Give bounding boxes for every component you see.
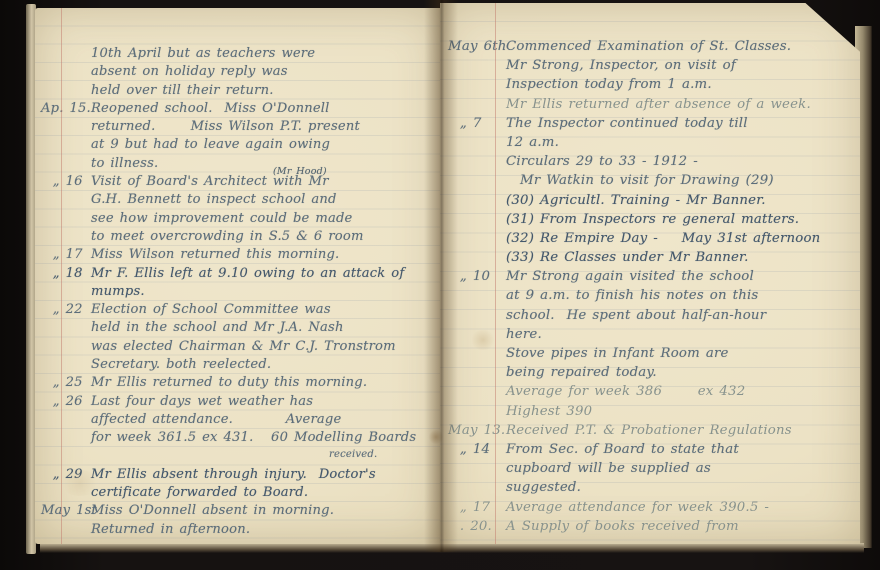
log-line: (30) Agricultl. Training - Mr Banner. — [448, 193, 854, 212]
log-line: being repaired today. — [448, 365, 854, 384]
entry-text: certificate forwarded to Board. — [91, 485, 308, 500]
log-line: affected attendance. Average — [41, 412, 432, 430]
log-line: G.H. Bennett to inspect school and — [41, 192, 432, 210]
entry-text: returned. Miss Wilson P.T. present — [91, 119, 360, 134]
log-line: returned. Miss Wilson P.T. present — [41, 119, 432, 137]
entry-date: May 6th — [448, 39, 506, 54]
entry-text: Mr Ellis returned after absence of a wee… — [506, 97, 811, 112]
log-line: (32) Re Empire Day - May 31st afternoon — [448, 231, 854, 250]
log-line: Returned in afternoon. — [41, 522, 432, 540]
logbook-left-page: 10th April but as teachers wereabsent on… — [35, 8, 440, 544]
entry-text: Stove pipes in Infant Room are — [506, 346, 729, 361]
log-line: „ 10Mr Strong again visited the school — [448, 269, 854, 288]
log-line: May 13.Received P.T. & Probationer Regul… — [448, 423, 854, 442]
entry-text: Miss Wilson returned this morning. — [91, 247, 339, 262]
log-line: „ 22Election of School Committee was — [41, 302, 432, 320]
log-line: „ 16Visit of Board's Architect with Mr(M… — [41, 174, 432, 192]
entry-text: Mr Ellis absent through injury. Doctor's — [91, 467, 376, 482]
entry-text: mumps. — [91, 284, 145, 299]
log-line: (33) Re Classes under Mr Banner. — [448, 250, 854, 269]
log-line: Secretary. both reelected. — [41, 357, 432, 375]
log-line: certificate forwarded to Board. — [41, 485, 432, 503]
margin-rule-left — [61, 8, 62, 544]
entry-text: being repaired today. — [506, 365, 657, 380]
entry-date: „ 29 — [41, 467, 91, 482]
entry-text: was elected Chairman & Mr C.J. Tronstrom — [91, 339, 396, 354]
log-line: see how improvement could be made — [41, 211, 432, 229]
log-line: 10th April but as teachers were — [41, 46, 432, 64]
entry-date: „ 26 — [41, 394, 91, 409]
log-line: May 1stMiss O'Donnell absent in morning. — [41, 503, 432, 521]
entry-text: at 9 but had to leave again owing — [91, 137, 330, 152]
entry-text: absent on holiday reply was — [91, 64, 288, 79]
entry-text: Miss O'Donnell absent in morning. — [91, 503, 334, 518]
photograph-background: 10th April but as teachers wereabsent on… — [0, 0, 880, 570]
logbook-right-page: May 6thCommenced Examination of St. Clas… — [440, 3, 860, 544]
log-line: Average for week 386 ex 432 — [448, 384, 854, 403]
entry-text: received. — [91, 449, 377, 460]
log-line: Inspection today from 1 a.m. — [448, 77, 854, 96]
entry-text: to illness. — [91, 156, 158, 171]
log-line: „ 26Last four days wet weather has — [41, 394, 432, 412]
log-line: Highest 390 — [448, 404, 854, 423]
entry-text: Mr F. Ellis left at 9.10 owing to an att… — [91, 266, 404, 281]
log-line: to illness. — [41, 156, 432, 174]
log-line: suggested. — [448, 480, 854, 499]
entry-date: „ 22 — [41, 302, 91, 317]
log-line: „ 18Mr F. Ellis left at 9.10 owing to an… — [41, 266, 432, 284]
entry-text: Average for week 386 ex 432 — [506, 384, 745, 399]
entry-date: „ 7 — [448, 116, 506, 131]
log-line: held over till their return. — [41, 83, 432, 101]
entry-text: Reopened school. Miss O'Donnell — [91, 101, 330, 116]
log-line: to meet overcrowding in S.5 & 6 room — [41, 229, 432, 247]
interline-note: (Mr Hood) — [273, 166, 327, 177]
log-line: 12 a.m. — [448, 135, 854, 154]
entry-text: for week 361.5 ex 431. 60 Modelling Boar… — [91, 430, 416, 445]
log-line: „ 7The Inspector continued today till — [448, 116, 854, 135]
book-fore-edge-bottom — [40, 543, 864, 553]
log-line: (31) From Inspectors re general matters. — [448, 212, 854, 231]
entry-date: May 13. — [448, 423, 506, 438]
entry-date: Ap. 15. — [41, 101, 91, 116]
entry-text: to meet overcrowding in S.5 & 6 room — [91, 229, 364, 244]
right-page-entries: May 6thCommenced Examination of St. Clas… — [440, 3, 860, 544]
log-line: Ap. 15.Reopened school. Miss O'Donnell — [41, 101, 432, 119]
log-line: absent on holiday reply was — [41, 64, 432, 82]
entry-text: Mr Strong, Inspector, on visit of — [506, 58, 736, 73]
log-line: Stove pipes in Infant Room are — [448, 346, 854, 365]
entry-text: here. — [506, 327, 542, 342]
entry-text: (32) Re Empire Day - May 31st afternoon — [506, 231, 820, 246]
log-line: cupboard will be supplied as — [448, 461, 854, 480]
entry-text: 10th April but as teachers were — [91, 46, 315, 61]
entry-text: Highest 390 — [506, 404, 592, 419]
entry-text: at 9 a.m. to finish his notes on this — [506, 288, 758, 303]
entry-text: see how improvement could be made — [91, 211, 353, 226]
log-line: at 9 a.m. to finish his notes on this — [448, 288, 854, 307]
entry-text: Mr Watkin to visit for Drawing (29) — [506, 173, 774, 188]
entry-text: Inspection today from 1 a.m. — [506, 77, 712, 92]
entry-text: affected attendance. Average — [91, 412, 341, 427]
entry-date: „ 18 — [41, 266, 91, 281]
entry-date: „ 17 — [41, 247, 91, 262]
log-line: here. — [448, 327, 854, 346]
entry-text: (31) From Inspectors re general matters. — [506, 212, 799, 227]
log-line: May 6thCommenced Examination of St. Clas… — [448, 39, 854, 58]
log-line: for week 361.5 ex 431. 60 Modelling Boar… — [41, 430, 432, 448]
log-line: mumps. — [41, 284, 432, 302]
entry-text: Secretary. both reelected. — [91, 357, 271, 372]
entry-date: . 20. — [448, 519, 506, 534]
entry-date: „ 14 — [448, 442, 506, 457]
entry-date: „ 10 — [448, 269, 506, 284]
log-line: „ 17Average attendance for week 390.5 - — [448, 500, 854, 519]
entry-text: A Supply of books received from — [506, 519, 739, 534]
log-line: Circulars 29 to 33 - 1912 - — [448, 154, 854, 173]
log-line: school. He spent about half-an-hour — [448, 308, 854, 327]
entry-text: 12 a.m. — [506, 135, 559, 150]
log-line: was elected Chairman & Mr C.J. Tronstrom — [41, 339, 432, 357]
entry-text: The Inspector continued today till — [506, 116, 748, 131]
entry-text: Election of School Committee was — [91, 302, 331, 317]
log-line: „ 25Mr Ellis returned to duty this morni… — [41, 375, 432, 393]
entry-text: Returned in afternoon. — [91, 522, 250, 537]
log-line: Mr Strong, Inspector, on visit of — [448, 58, 854, 77]
log-line: Mr Watkin to visit for Drawing (29) — [448, 173, 854, 192]
entry-text: Mr Ellis returned to duty this morning. — [91, 375, 367, 390]
entry-text: Mr Strong again visited the school — [506, 269, 754, 284]
entry-text: From Sec. of Board to state that — [506, 442, 739, 457]
entry-text: (33) Re Classes under Mr Banner. — [506, 250, 749, 265]
log-line: held in the school and Mr J.A. Nash — [41, 320, 432, 338]
entry-text: (30) Agricultl. Training - Mr Banner. — [506, 193, 766, 208]
log-line: „ 17Miss Wilson returned this morning. — [41, 247, 432, 265]
entry-date: „ 25 — [41, 375, 91, 390]
left-page-entries: 10th April but as teachers wereabsent on… — [35, 8, 440, 544]
entry-text: Commenced Examination of St. Classes. — [506, 39, 791, 54]
entry-text: held in the school and Mr J.A. Nash — [91, 320, 344, 335]
entry-text: G.H. Bennett to inspect school and — [91, 192, 337, 207]
margin-rule-right — [495, 3, 496, 544]
entry-text: Circulars 29 to 33 - 1912 - — [506, 154, 698, 169]
log-line: at 9 but had to leave again owing — [41, 137, 432, 155]
entry-text: held over till their return. — [91, 83, 274, 98]
log-line: „ 14From Sec. of Board to state that — [448, 442, 854, 461]
entry-text: cupboard will be supplied as — [506, 461, 711, 476]
log-line: . 20.A Supply of books received from — [448, 519, 854, 538]
entry-date: May 1st — [41, 503, 91, 518]
log-line: Mr Ellis returned after absence of a wee… — [448, 97, 854, 116]
log-line: received. — [41, 449, 432, 467]
log-line: „ 29Mr Ellis absent through injury. Doct… — [41, 467, 432, 485]
entry-text: Received P.T. & Probationer Regulations — [506, 423, 792, 438]
entry-text: suggested. — [506, 480, 581, 495]
entry-text: school. He spent about half-an-hour — [506, 308, 766, 323]
entry-date: „ 17 — [448, 500, 506, 515]
entry-text: Last four days wet weather has — [91, 394, 313, 409]
entry-date: „ 16 — [41, 174, 91, 189]
entry-text: Average attendance for week 390.5 - — [506, 500, 769, 515]
